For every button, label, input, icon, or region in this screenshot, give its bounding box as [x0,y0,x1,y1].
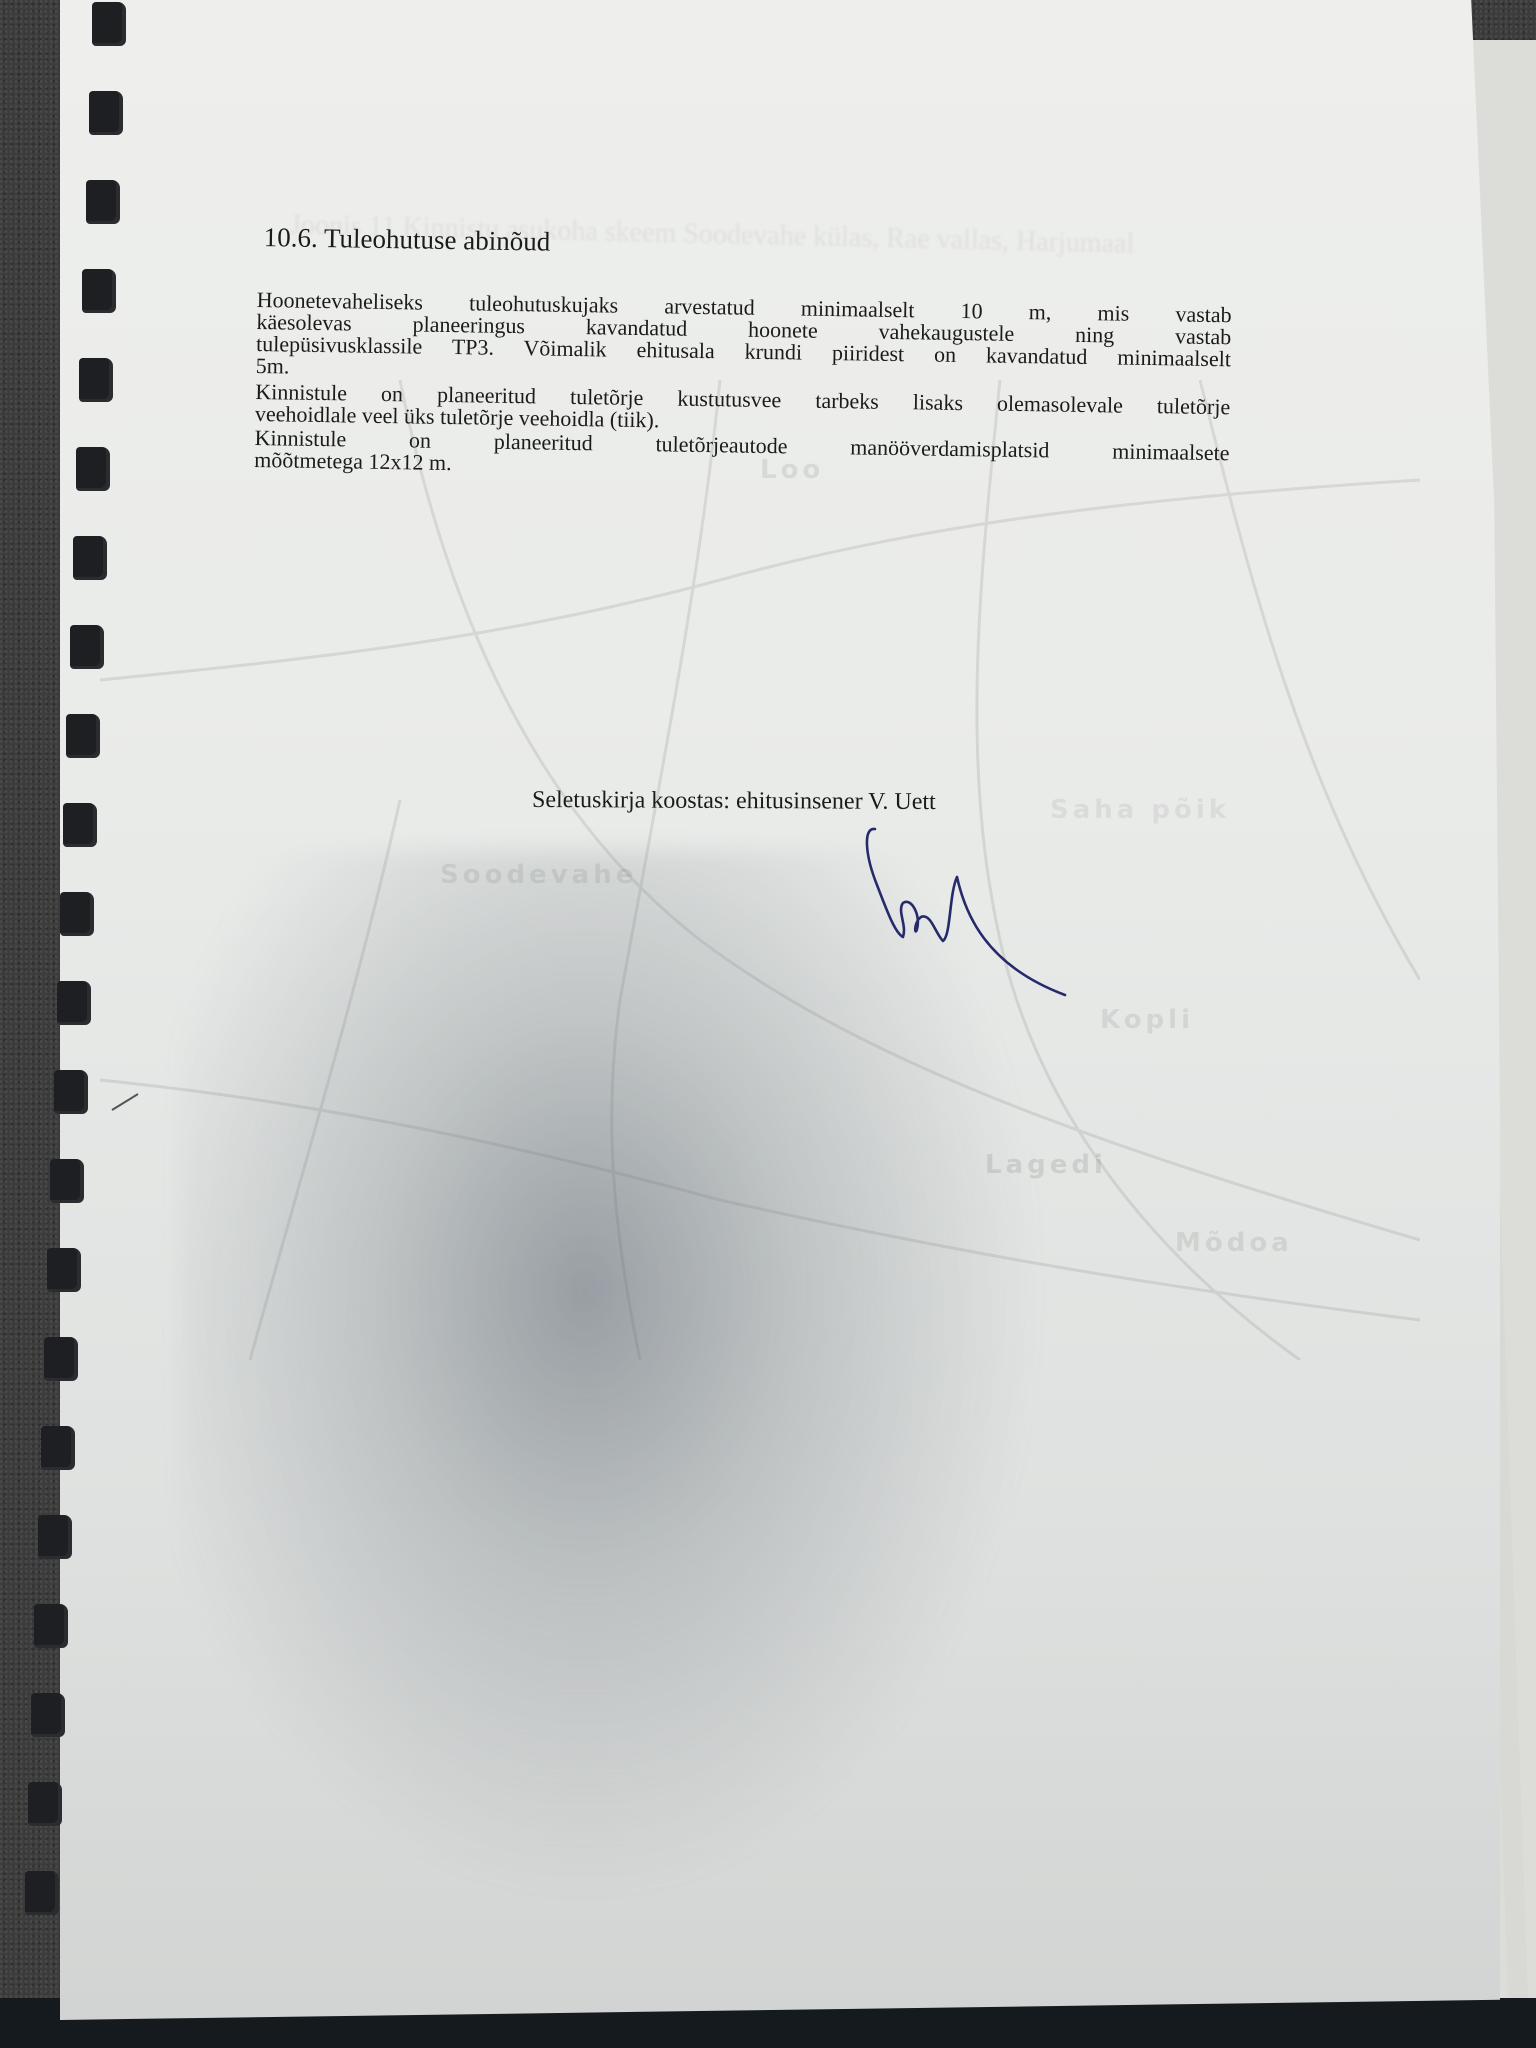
binding-ring [31,1693,65,1737]
binding-ring [89,91,123,135]
binding-ring [57,981,91,1025]
binding-ring [60,892,94,936]
binding-ring [50,1159,84,1203]
binding-ring [86,180,120,224]
binding-ring [25,1871,59,1915]
binding-ring [76,447,110,491]
binding-ring [82,269,116,313]
binding-ring [70,625,104,669]
author-line: Seletuskirja koostas: ehitusinsener V. U… [532,787,936,816]
hand-shadow [180,850,1080,1950]
binding-ring [73,536,107,580]
binding-ring [38,1515,72,1559]
binding-ring [79,358,113,402]
binding-ring [44,1337,78,1381]
binding-ring [34,1604,68,1648]
map-label: Mõdoa [1175,1228,1293,1258]
binding-ring [28,1782,62,1826]
map-label: Saha põik [1050,795,1230,825]
map-label: Kopli [1100,1005,1194,1035]
signature-icon [855,825,1085,1005]
document-content: 10.6. Tuleohutuse abinõud Hoonetevahelis… [254,222,1233,486]
paragraph-fire-gap: Hoonetevaheliseks tuleohutuskujaks arves… [256,289,1232,392]
binding-ring [63,803,97,847]
binding-ring [47,1248,81,1292]
binding-ring [92,2,126,46]
pen-mark [110,1092,140,1112]
binding-ring [41,1426,75,1470]
spiral-binding [0,0,110,2048]
binding-ring [66,714,100,758]
binding-ring [54,1070,88,1114]
